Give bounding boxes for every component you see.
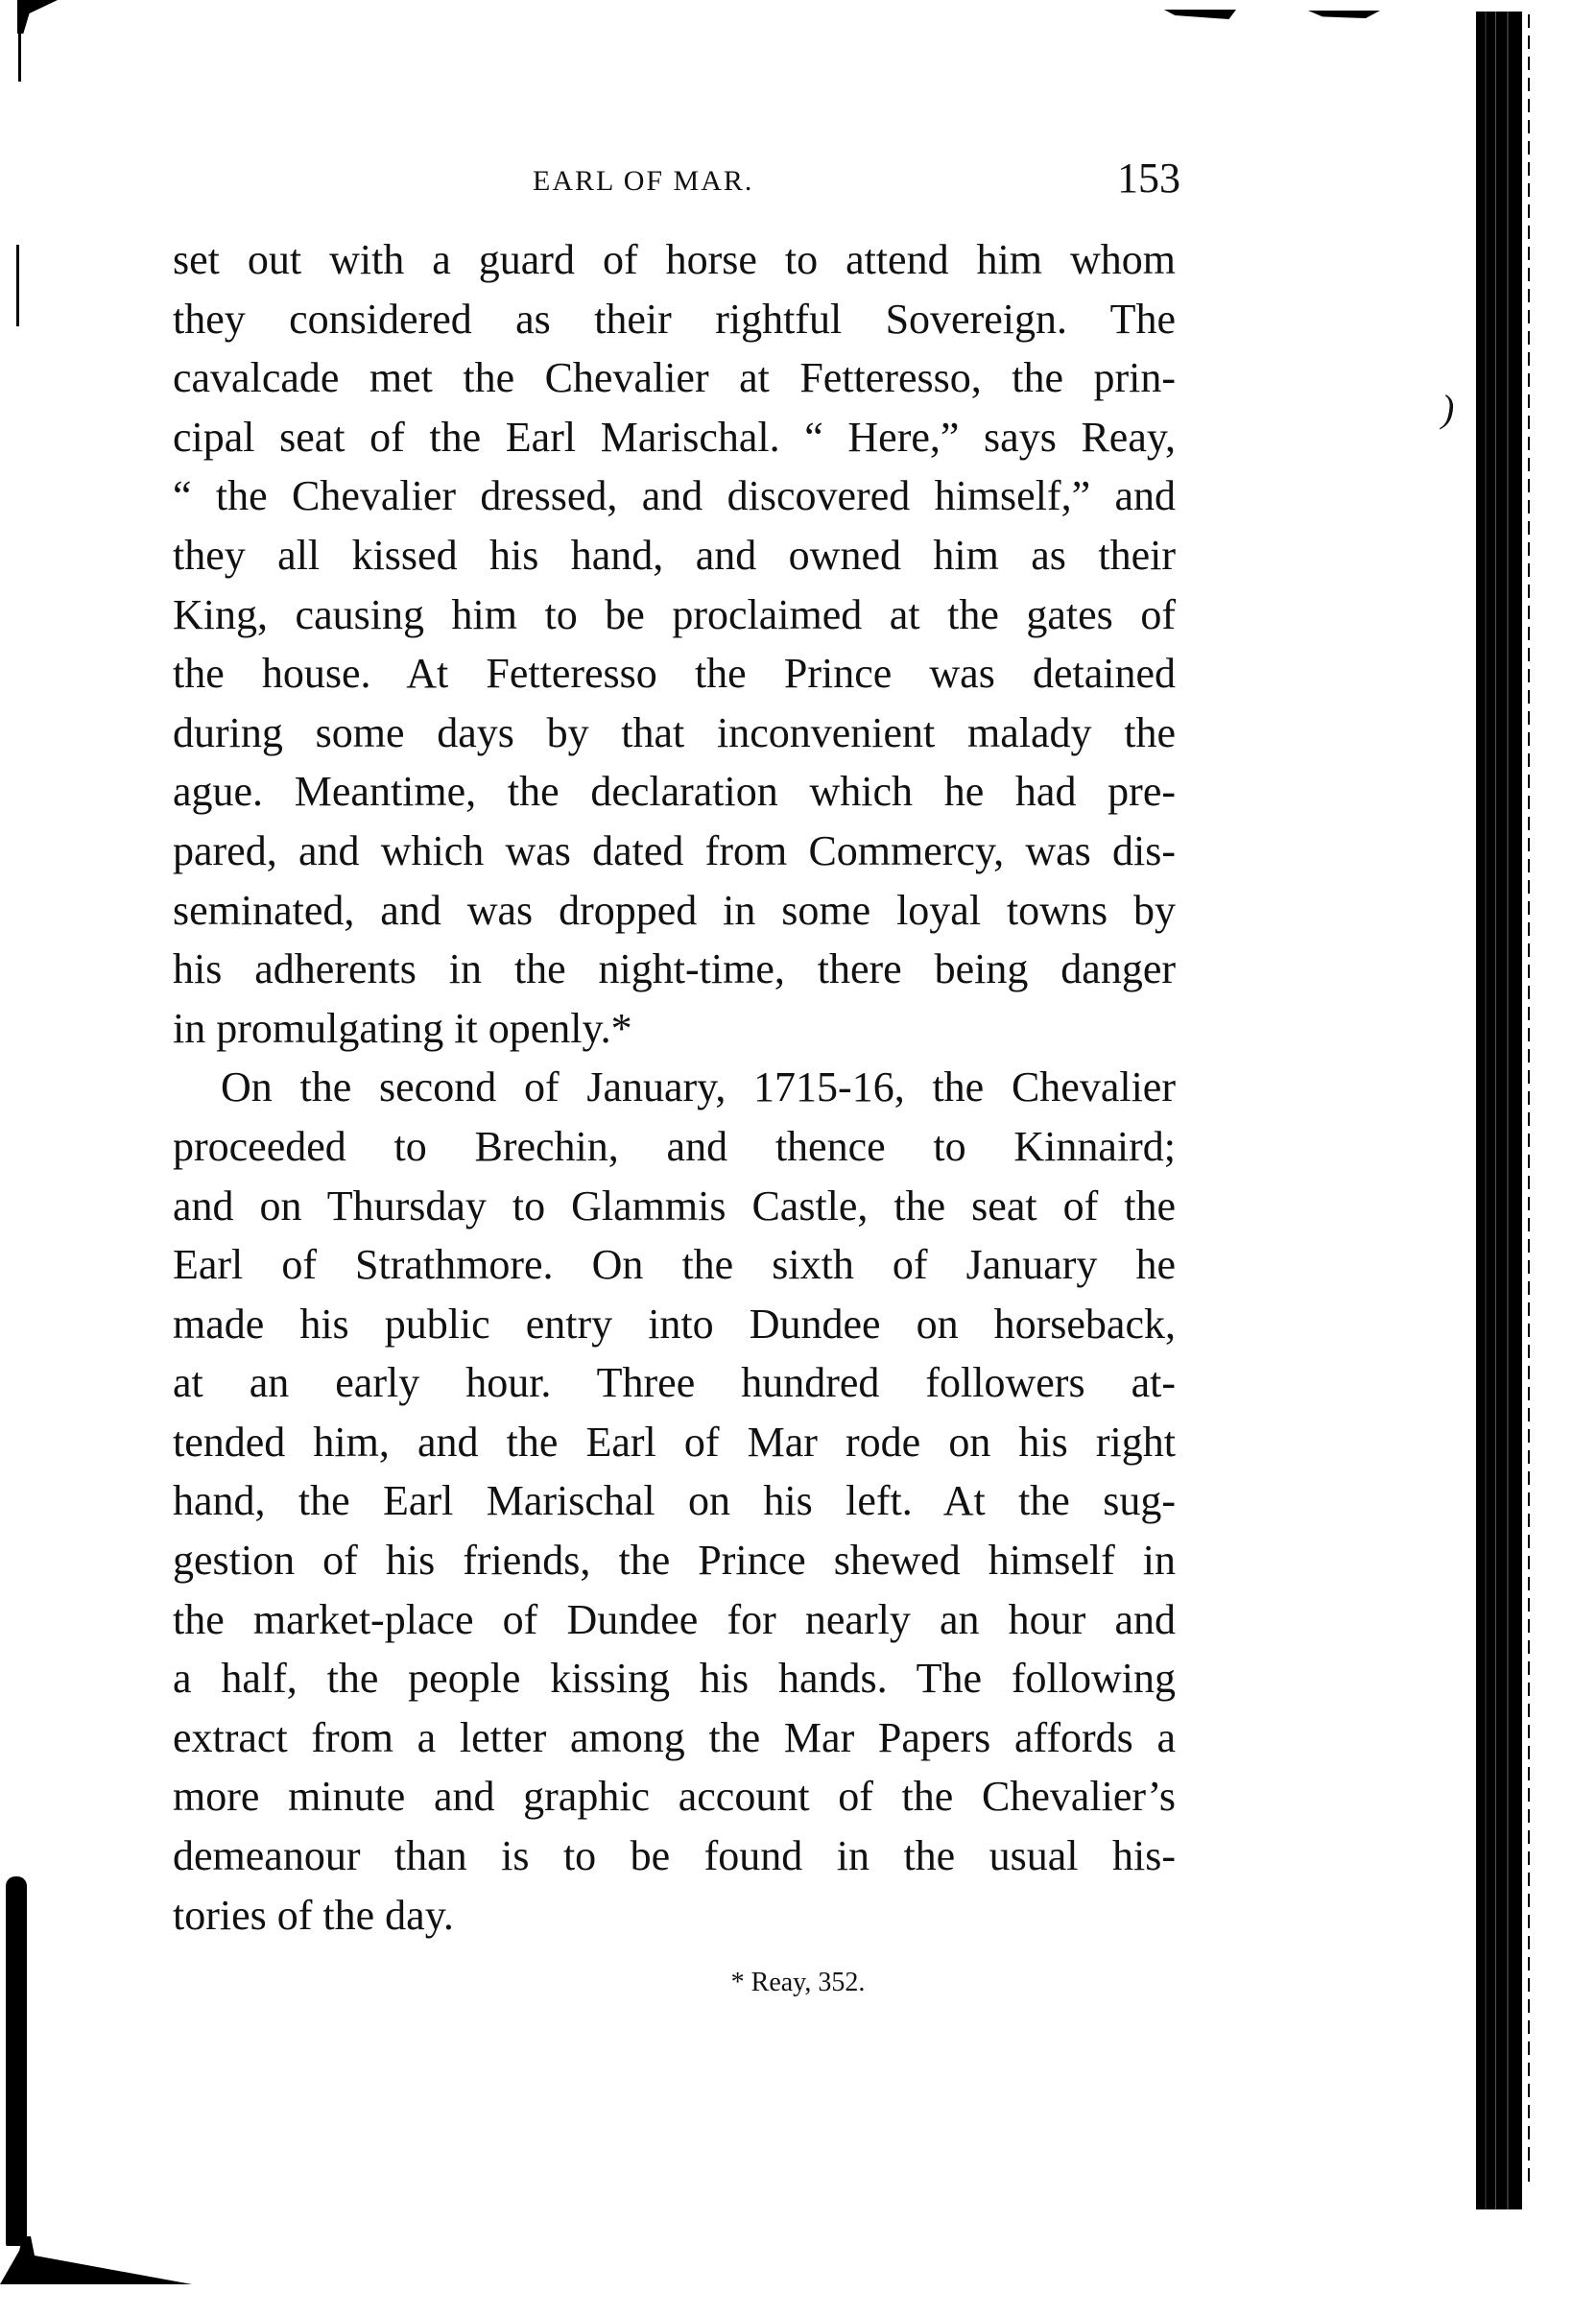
text-line: ague. Meantime, the declaration which he… [173,762,1176,822]
text-line: King, causing him to be proclaimed at th… [173,585,1176,645]
page-edge-shadow-foot [0,2236,192,2284]
book-spine-shadow [1476,12,1522,2209]
footnote: * Reay, 352. [0,1968,1596,1998]
page-number: 153 [1117,154,1180,203]
paragraph-start-line: On the second of January, 1715-16, the C… [173,1058,1176,1117]
text-line: “ the Chevalier dressed, and discovered … [173,466,1176,526]
text-line: hand, the Earl Marischal on his left. At… [173,1471,1176,1531]
text-line: tended him, and the Earl of Mar rode on … [173,1413,1176,1472]
text-line: seminated, and was dropped in some loyal… [173,881,1176,941]
text-line: gestion of his friends, the Prince shewe… [173,1531,1176,1590]
text-line: the market-place of Dundee for nearly an… [173,1590,1176,1650]
running-header: EARL OF MAR. 153 [173,154,1180,211]
page-edge-shadow-top [17,0,58,34]
text-line: a half, the people kissing his hands. Th… [173,1649,1176,1708]
scan-artifact [1164,10,1236,19]
scan-artifact [1308,11,1380,18]
text-line: Earl of Strathmore. On the sixth of Janu… [173,1235,1176,1295]
scanned-book-page: ) EARL OF MAR. 153 set out with a guard … [0,0,1596,2316]
text-line: cipal seat of the Earl Marischal. “ Here… [173,408,1176,467]
text-line: extract from a letter among the Mar Pape… [173,1708,1176,1768]
page-edge-line [18,29,21,82]
text-line: cavalcade met the Chevalier at Fetteress… [173,348,1176,408]
body-text: set out with a guard of horse to attend … [173,230,1176,1945]
text-line: in promulgating it openly.* [173,999,1176,1059]
text-line: made his public entry into Dundee on hor… [173,1295,1176,1354]
running-title: EARL OF MAR. [533,165,753,198]
text-line: the house. At Fetteresso the Prince was … [173,644,1176,704]
text-line: at an early hour. Three hundred follower… [173,1353,1176,1413]
text-line: they all kissed his hand, and owned him … [173,526,1176,585]
margin-mark: ) [1441,386,1454,431]
text-line: more minute and graphic account of the C… [173,1767,1176,1827]
text-line: his adherents in the night-time, there b… [173,940,1176,999]
text-line: during some days by that inconvenient ma… [173,704,1176,763]
page-edge-shadow-bottom [6,1876,27,2246]
text-line: tories of the day. [173,1886,1176,1946]
text-line: and on Thursday to Glammis Castle, the s… [173,1177,1176,1236]
book-spine-edge [1528,14,1530,2184]
text-line: pared, and which was dated from Commercy… [173,822,1176,881]
text-line: proceeded to Brechin, and thence to Kinn… [173,1117,1176,1177]
text-line: they considered as their rightful Sovere… [173,290,1176,349]
text-line: demeanour than is to be found in the usu… [173,1827,1176,1886]
page-edge-line [16,245,19,326]
text-line: set out with a guard of horse to attend … [173,230,1176,290]
